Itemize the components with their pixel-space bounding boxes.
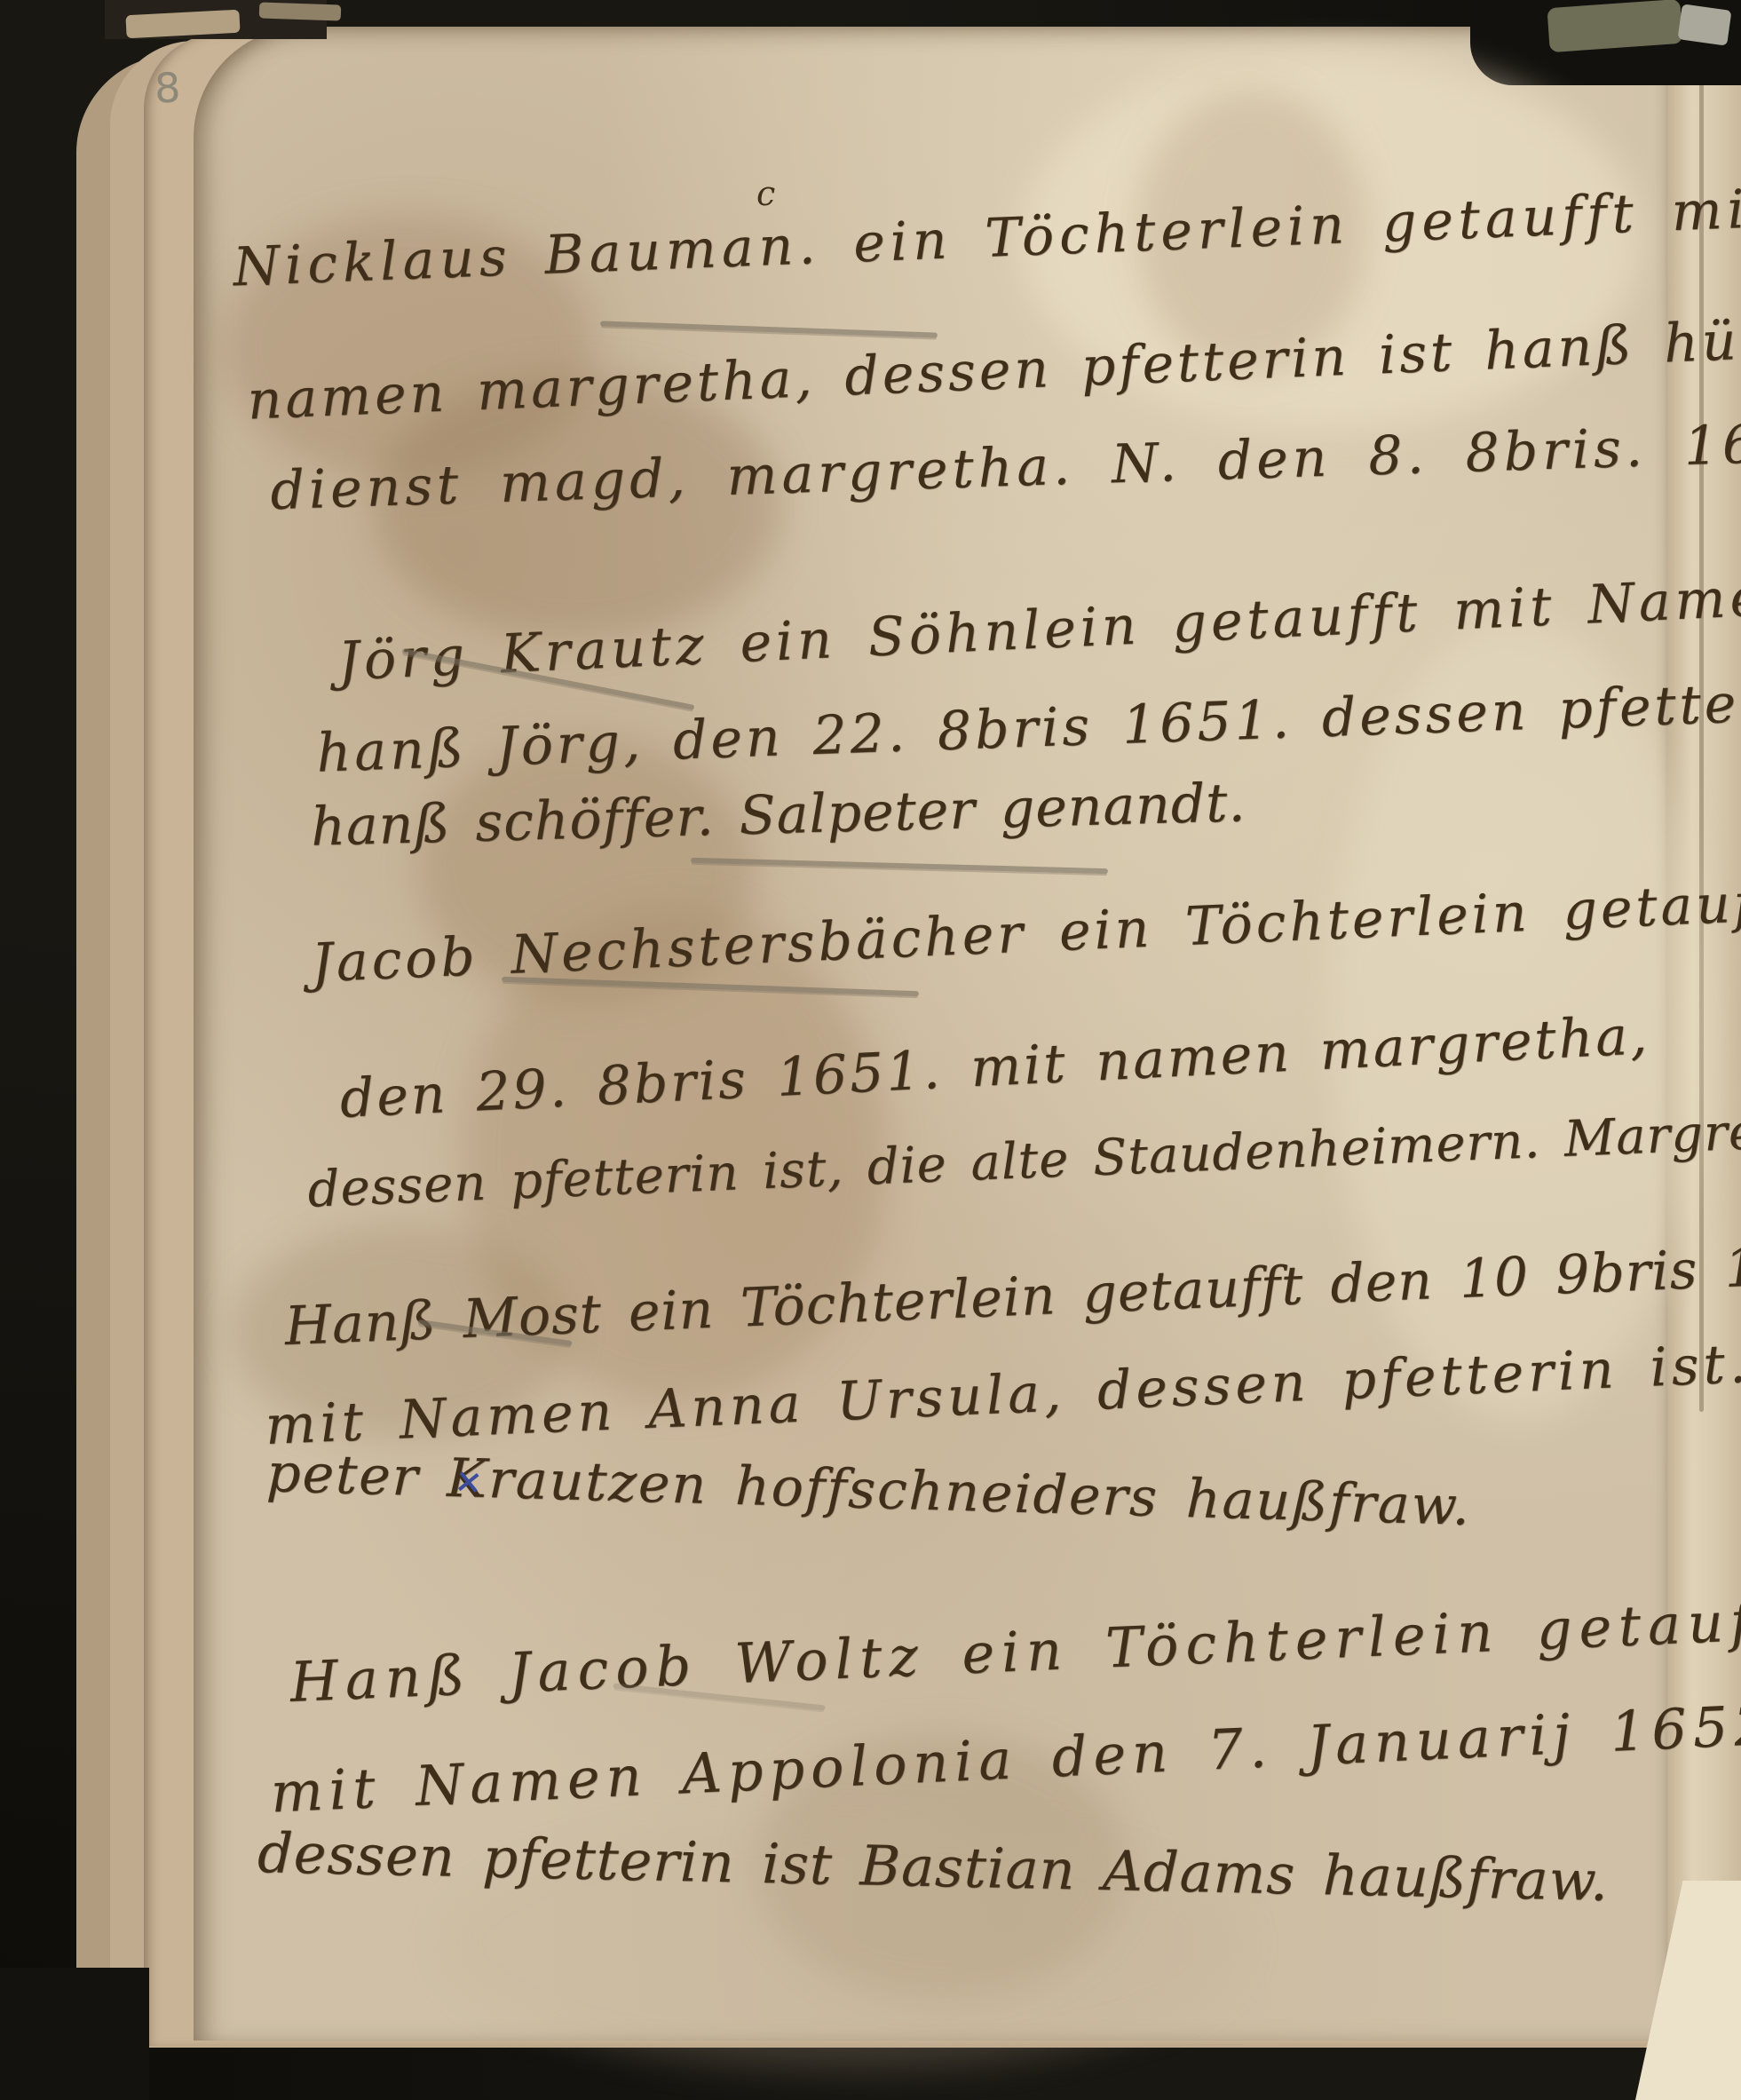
binding-fragment-grey (1677, 4, 1731, 45)
superscript-insertion-mark: c (756, 174, 775, 213)
page-fold-line (1699, 80, 1704, 1412)
page-number: 8 (154, 64, 181, 113)
book-cover-bottom-left (0, 1968, 149, 2100)
binding-fragment-tan-small (259, 2, 342, 20)
binding-fragment-olive (1547, 0, 1682, 52)
manuscript-scan: 8 Nicklaus Bauman. ein Töchterlein getau… (0, 0, 1741, 2100)
blue-cross-mark: × (453, 1459, 485, 1502)
